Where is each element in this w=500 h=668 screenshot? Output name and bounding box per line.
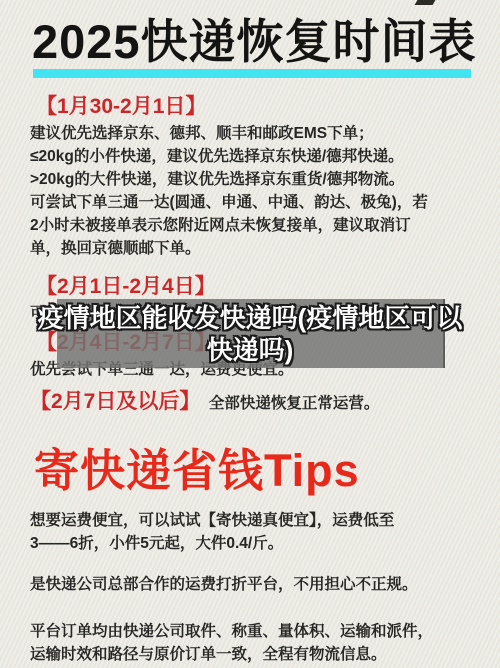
section-2-date-header: 【2月1日-2月4日】 xyxy=(36,274,472,300)
section-4-body: 全部快递恢复正常运营。 xyxy=(209,395,380,412)
tip-paragraph-2: 是快递公司总部合作的运费打折平台，不用担心不正规。 xyxy=(30,573,472,596)
infographic-page: 2025快递恢复时间表 【1月30-2月1日】 建议优先选择京东、德邦、顺丰和邮… xyxy=(0,0,500,668)
page-title: 2025快递恢复时间表 xyxy=(32,16,470,68)
schedule-content: 【1月30-2月1日】 建议优先选择京东、德邦、顺丰和邮政EMS下单； ≤20k… xyxy=(0,94,500,666)
section-4-row: 【2月7日及以后】 全部快递恢复正常运营。 xyxy=(30,389,472,417)
section-1-date-header: 【1月30-2月1日】 xyxy=(36,94,472,120)
tips-title: 寄快递省钱Tips xyxy=(34,443,472,499)
section-1-body: 建议优先选择京东、德邦、顺丰和邮政EMS下单； ≤20kg的小件快递，建议优先选… xyxy=(30,122,472,260)
title-block: 2025快递恢复时间表 xyxy=(0,0,500,78)
watermark-overlay: 疫情地区能收发快递吗(疫情地区可以 快递吗) xyxy=(57,299,445,368)
tip-paragraph-3: 平台订单均由快递公司取件、称重、量体积、运输和派件， 运输时效和路径与原价订单一… xyxy=(30,620,472,666)
watermark-text-line-2: 快递吗) xyxy=(207,334,294,366)
watermark-text-line-1: 疫情地区能收发快递吗(疫情地区可以 xyxy=(38,302,463,334)
tip-paragraph-1: 想要运费便宜，可以试试【寄快递真便宜】，运费低至 3——6折，小件5元起，大件0… xyxy=(30,509,472,555)
section-4-date-header: 【2月7日及以后】 xyxy=(30,390,200,413)
title-underline-bar xyxy=(33,69,471,78)
paper-tear-mark xyxy=(415,0,436,5)
